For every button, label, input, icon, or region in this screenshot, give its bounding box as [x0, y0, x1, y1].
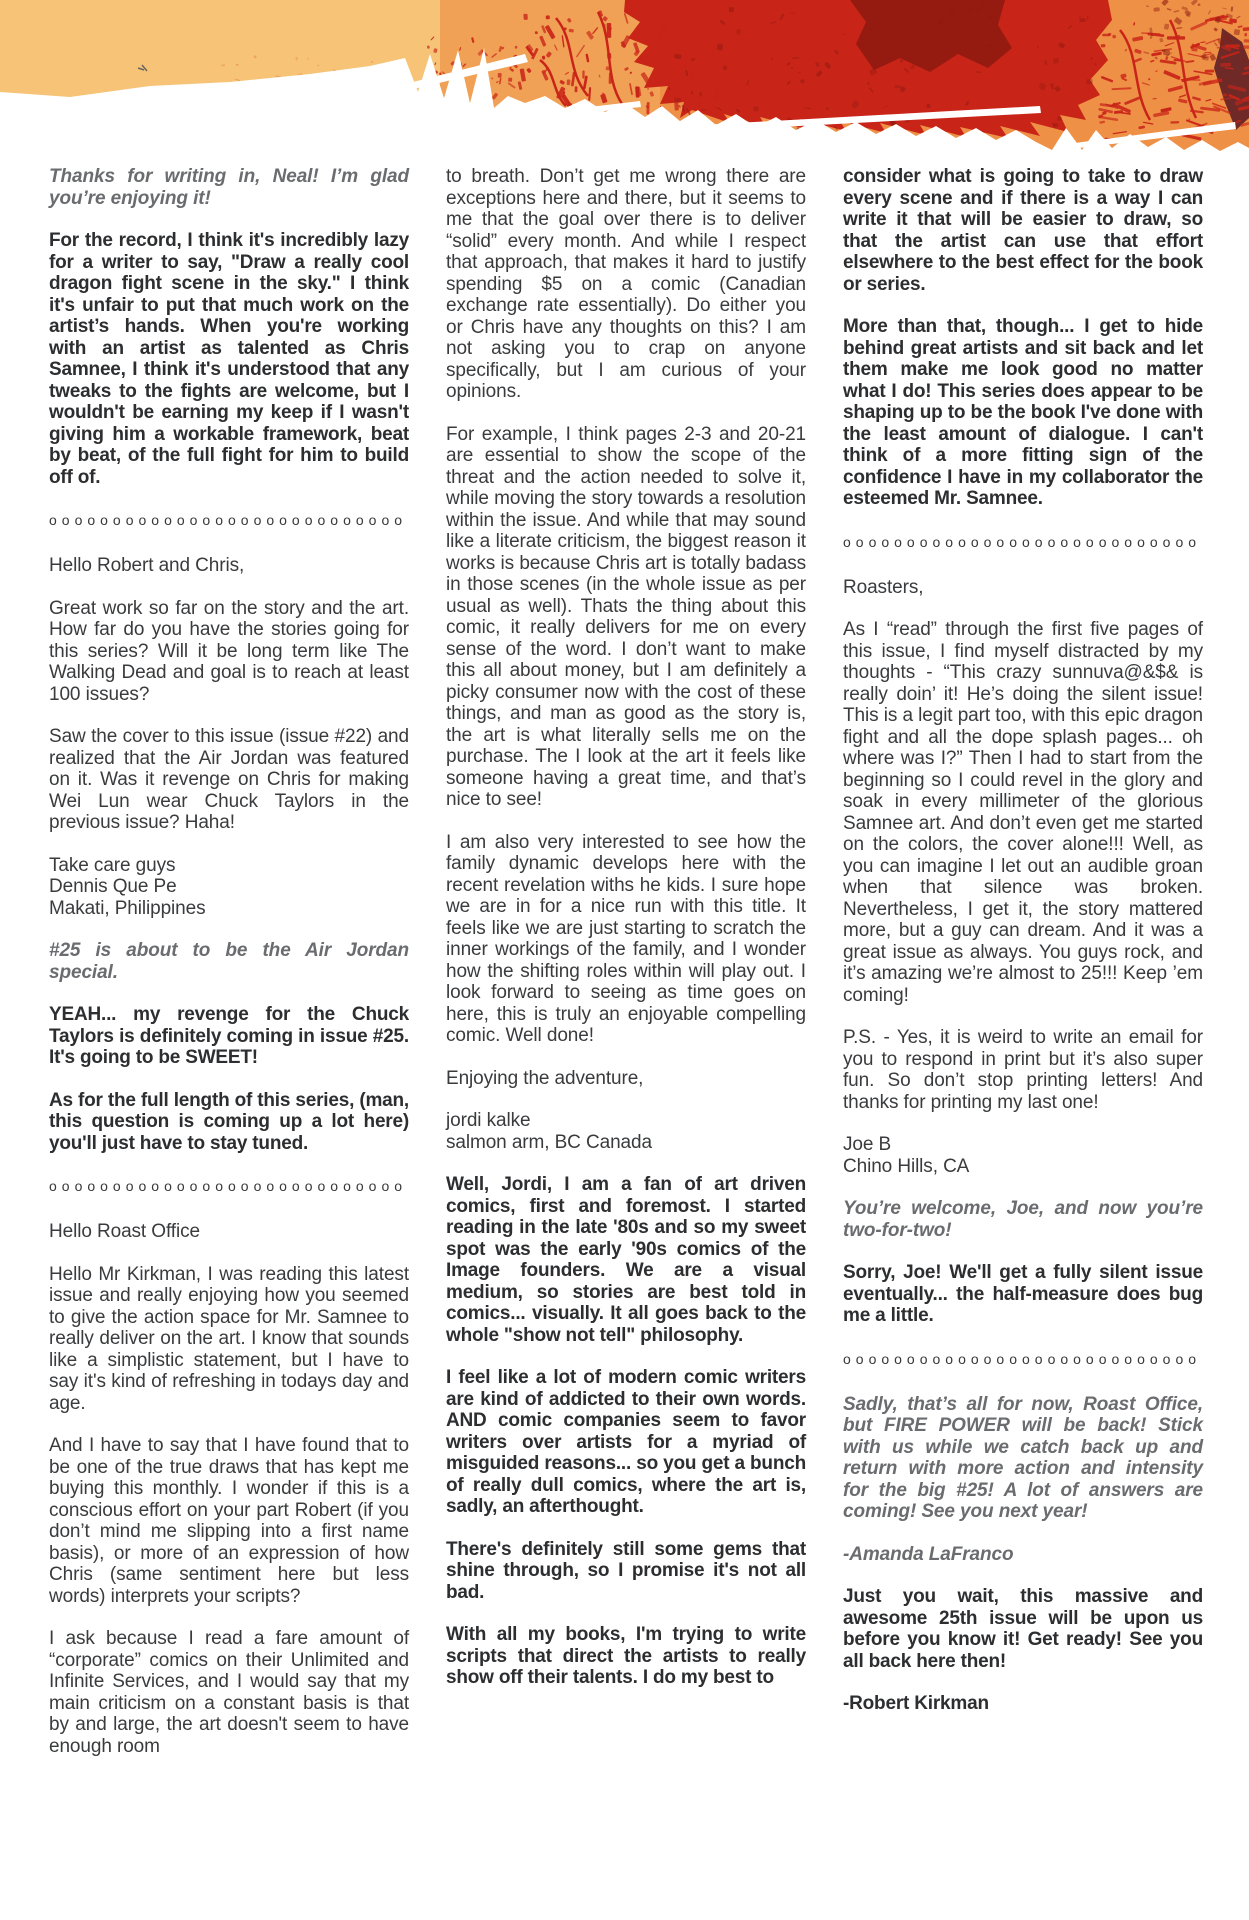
letter-paragraph: I am also very interested to see how the… [446, 832, 806, 1047]
separator-row: oooooooooooooooooooooooooooo [843, 535, 1203, 549]
separator-row: oooooooooooooooooooooooooooo [843, 1352, 1203, 1366]
letter-paragraph: Great work so far on the story and the a… [49, 598, 409, 706]
editor-note-italic: You’re welcome, Joe, and now you’re two-… [843, 1198, 1203, 1241]
editor-reply-bold: consider what is going to take to draw e… [843, 166, 1203, 295]
letter-paragraph: For example, I think pages 2-3 and 20-21… [446, 424, 806, 811]
letters-page: Thanks for writing in, Neal! I’m glad yo… [0, 0, 1249, 1920]
letter-paragraph: As I “read” through the first five pages… [843, 619, 1203, 1006]
editor-reply-bold: Well, Jordi, I am a fan of art driven co… [446, 1174, 806, 1346]
separator-row: oooooooooooooooooooooooooooo [49, 513, 409, 527]
letter-salutation: Hello Roast Office [49, 1221, 409, 1243]
editor-note-italic: #25 is about to be the Air Jordan specia… [49, 940, 409, 983]
banner-artwork [0, 0, 1249, 158]
banner-maroon-blob [850, 0, 1012, 72]
letter-closing: Enjoying the adventure, [446, 1068, 806, 1090]
editor-signature-robert: -Robert Kirkman [843, 1693, 1203, 1715]
editor-reply-bold: Just you wait, this massive and awesome … [843, 1586, 1203, 1672]
editor-signature-amanda: -Amanda LaFranco [843, 1544, 1203, 1566]
editor-reply-bold: More than that, though... I get to hide … [843, 316, 1203, 510]
editor-reply-bold: YEAH... my revenge for the Chuck Taylors… [49, 1004, 409, 1069]
text-column-2: to breath. Don’t get me wrong there are … [446, 166, 806, 1778]
letter-salutation: Roasters, [843, 577, 1203, 599]
letter-signature: Take care guysDennis Que PeMakati, Phili… [49, 855, 409, 920]
letter-paragraph: And I have to say that I have found that… [49, 1435, 409, 1607]
editor-note-italic: Thanks for writing in, Neal! I’m glad yo… [49, 166, 409, 209]
letter-paragraph: Hello Mr Kirkman, I was reading this lat… [49, 1264, 409, 1415]
text-column-3: consider what is going to take to draw e… [843, 166, 1203, 1778]
text-column-1: Thanks for writing in, Neal! I’m glad yo… [49, 166, 409, 1778]
banner-wash-light [0, 0, 480, 158]
letter-salutation: Hello Robert and Chris, [49, 555, 409, 577]
editor-reply-bold: I feel like a lot of modern comic writer… [446, 1367, 806, 1518]
letter-signature: Joe BChino Hills, CA [843, 1134, 1203, 1177]
editor-outro-italic: Sadly, that’s all for now, Roast Office,… [843, 1394, 1203, 1523]
editor-reply-bold: With all my books, I'm trying to write s… [446, 1624, 806, 1689]
editor-reply-bold: As for the full length of this series, (… [49, 1090, 409, 1155]
letter-paragraph: Saw the cover to this issue (issue #22) … [49, 726, 409, 834]
columns: Thanks for writing in, Neal! I’m glad yo… [49, 166, 1203, 1778]
letter-paragraph: I ask because I read a fare amount of “c… [49, 1628, 409, 1757]
editor-reply-bold: Sorry, Joe! We'll get a fully silent iss… [843, 1262, 1203, 1327]
letter-paragraph: to breath. Don’t get me wrong there are … [446, 166, 806, 403]
editor-reply-bold: There's definitely still some gems that … [446, 1539, 806, 1604]
separator-row: oooooooooooooooooooooooooooo [49, 1179, 409, 1193]
editor-reply-bold: For the record, I think it's incredibly … [49, 230, 409, 488]
letter-paragraph: P.S. - Yes, it is weird to write an emai… [843, 1027, 1203, 1113]
letter-signature: jordi kalkesalmon arm, BC Canada [446, 1110, 806, 1153]
